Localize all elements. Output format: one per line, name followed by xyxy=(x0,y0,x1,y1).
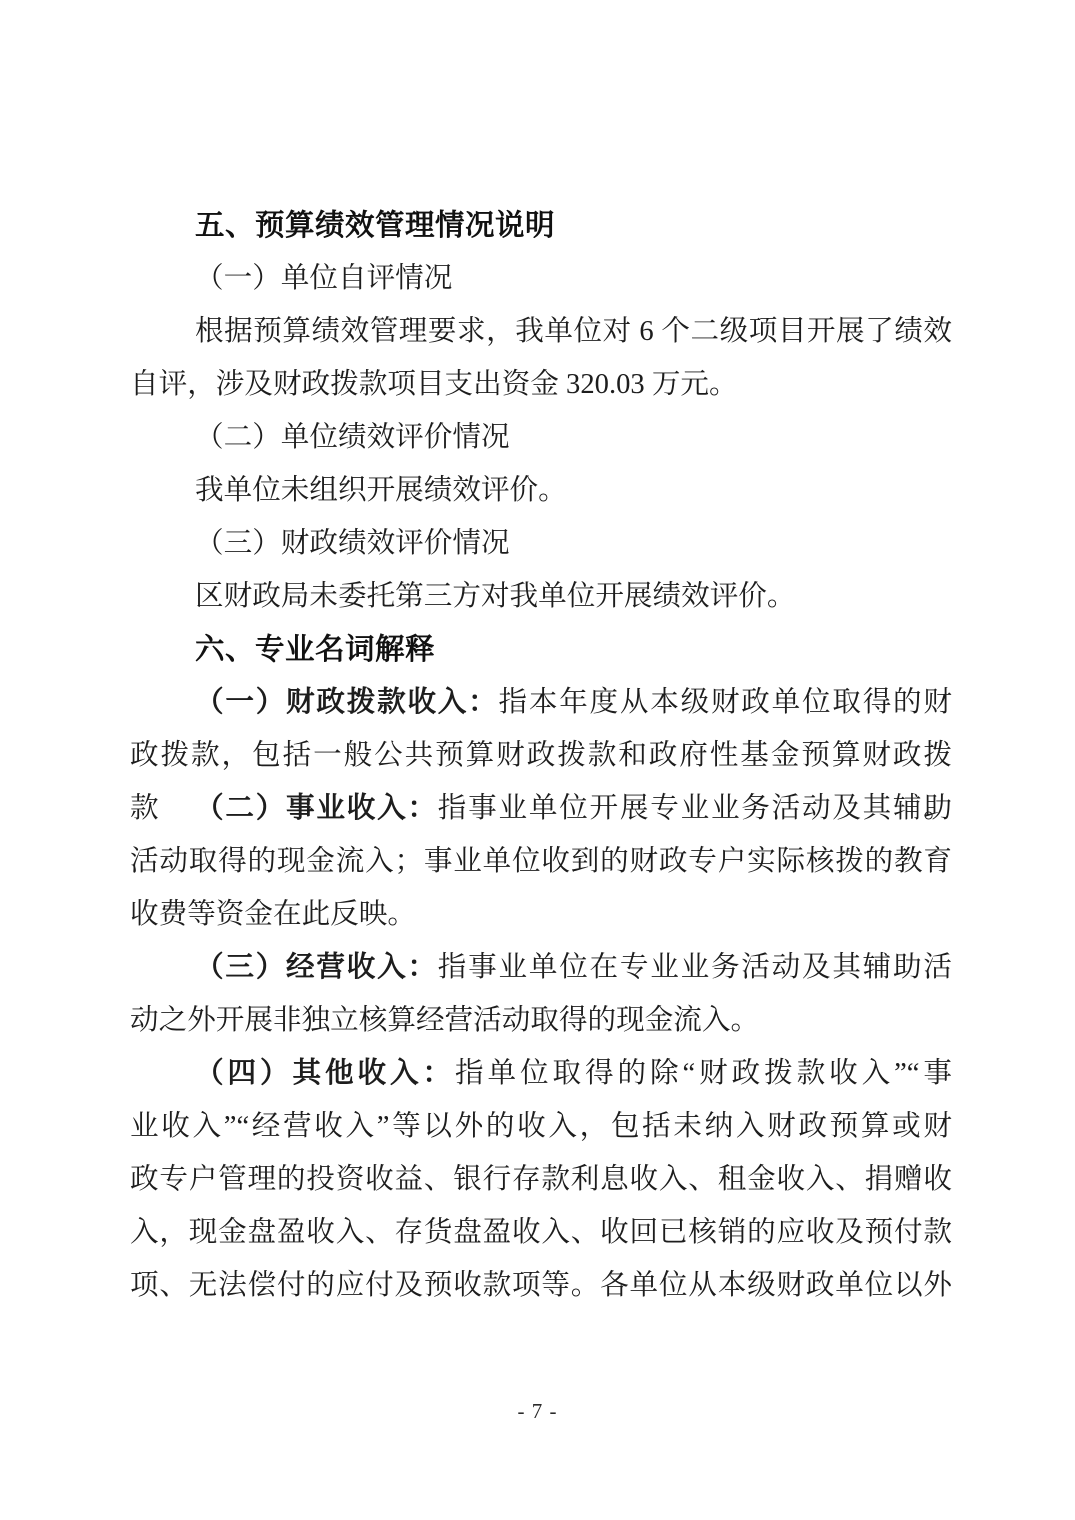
text-run: 指单位取得的除“财政拨款收入”“事 xyxy=(455,1058,952,1089)
text-run: 活动取得的现金流入；事业单位收到的财政专户实际核拨的教育 xyxy=(130,846,952,877)
text-run: 指本年度从本级财政单位取得的财 xyxy=(499,687,952,718)
text-run: 自评，涉及财政拨款项目支出资金 320.03 万元。 xyxy=(130,369,738,400)
text-run: 收费等资金在此反映。 xyxy=(130,899,416,930)
text-run: 入，现金盘盈收入、存货盘盈收入、收回已核销的应收及预付款 xyxy=(130,1217,952,1248)
text-line: （四）其他收入：指单位取得的除“财政拨款收入”“事 xyxy=(130,1047,952,1100)
paragraph: （四）其他收入：指单位取得的除“财政拨款收入”“事业收入”“经营收入”等以外的收… xyxy=(130,1047,952,1312)
paragraph: （一）财政拨款收入：指本年度从本级财政单位取得的财政拨款，包括一般公共预算财政拨… xyxy=(130,676,952,782)
term-label: （三）经营收入： xyxy=(195,952,438,983)
page-number: - 7 - xyxy=(518,1399,558,1423)
paragraph: （三）经营收入：指事业单位在专业业务活动及其辅助活动之外开展非独立核算经营活动取… xyxy=(130,941,952,1047)
text-line: 动之外开展非独立核算经营活动取得的现金流入。 xyxy=(130,994,952,1047)
text-line: 根据预算绩效管理要求，我单位对 6 个二级项目开展了绩效 xyxy=(130,305,952,358)
paragraph: 根据预算绩效管理要求，我单位对 6 个二级项目开展了绩效自评，涉及财政拨款项目支… xyxy=(130,305,952,411)
text-run: 业收入”“经营收入”等以外的收入，包括未纳入财政预算或财 xyxy=(130,1111,952,1142)
text-line: （一）财政拨款收入：指本年度从本级财政单位取得的财 xyxy=(130,676,952,729)
text-run: 我单位未组织开展绩效评价。 xyxy=(195,475,567,506)
text-line: 自评，涉及财政拨款项目支出资金 320.03 万元。 xyxy=(130,358,952,411)
text-line: 我单位未组织开展绩效评价。 xyxy=(130,464,952,517)
paragraph: 我单位未组织开展绩效评价。 xyxy=(130,464,952,517)
text-run: 动之外开展非独立核算经营活动取得的现金流入。 xyxy=(130,1005,759,1036)
document-page: 五、预算绩效管理情况说明（一）单位自评情况根据预算绩效管理要求，我单位对 6 个… xyxy=(0,0,1075,1520)
text-run: 指事业单位在专业业务活动及其辅助活 xyxy=(438,952,952,983)
text-run: 区财政局未委托第三方对我单位开展绩效评价。 xyxy=(195,581,795,612)
section-subheading: （二）单位绩效评价情况 xyxy=(130,411,952,464)
document-body: 五、预算绩效管理情况说明（一）单位自评情况根据预算绩效管理要求，我单位对 6 个… xyxy=(130,199,952,1312)
text-line: （二）事业收入：指事业单位开展专业业务活动及其辅助 xyxy=(130,782,952,835)
term-label: （二）事业收入： xyxy=(195,793,438,824)
text-run: 根据预算绩效管理要求，我单位对 6 个二级项目开展了绩效 xyxy=(195,316,952,347)
page-footer: - 7 - xyxy=(0,1399,1075,1424)
text-line: 政专户管理的投资收益、银行存款利息收入、租金收入、捐赠收 xyxy=(130,1153,952,1206)
paragraph: 区财政局未委托第三方对我单位开展绩效评价。 xyxy=(130,570,952,623)
text-line: 活动取得的现金流入；事业单位收到的财政专户实际核拨的教育 xyxy=(130,835,952,888)
text-line: 区财政局未委托第三方对我单位开展绩效评价。 xyxy=(130,570,952,623)
text-run: 项、无法偿付的应付及预收款项等。各单位从本级财政单位以外 xyxy=(130,1270,952,1301)
section-subheading: （一）单位自评情况 xyxy=(130,252,952,305)
text-line: 政拨款，包括一般公共预算财政拨款和政府性基金预算财政拨款。 xyxy=(130,729,952,782)
text-line: 收费等资金在此反映。 xyxy=(130,888,952,941)
section-heading: 六、专业名词解释 xyxy=(130,623,952,676)
text-line: 业收入”“经营收入”等以外的收入，包括未纳入财政预算或财 xyxy=(130,1100,952,1153)
text-line: 项、无法偿付的应付及预收款项等。各单位从本级财政单位以外 xyxy=(130,1259,952,1312)
text-line: （三）经营收入：指事业单位在专业业务活动及其辅助活 xyxy=(130,941,952,994)
text-run: 指事业单位开展专业业务活动及其辅助 xyxy=(438,793,952,824)
section-subheading: （三）财政绩效评价情况 xyxy=(130,517,952,570)
paragraph: （二）事业收入：指事业单位开展专业业务活动及其辅助活动取得的现金流入；事业单位收… xyxy=(130,782,952,941)
text-run: 政专户管理的投资收益、银行存款利息收入、租金收入、捐赠收 xyxy=(130,1164,952,1195)
term-label: （四）其他收入： xyxy=(195,1058,455,1089)
term-label: （一）财政拨款收入： xyxy=(195,687,499,718)
text-line: 入，现金盘盈收入、存货盘盈收入、收回已核销的应收及预付款 xyxy=(130,1206,952,1259)
section-heading: 五、预算绩效管理情况说明 xyxy=(130,199,952,252)
